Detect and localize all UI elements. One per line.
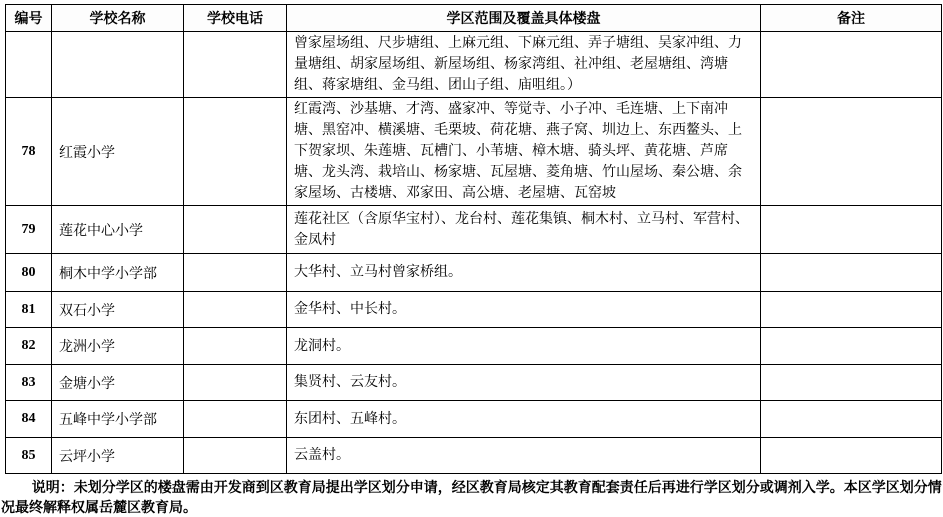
remarks-cell bbox=[761, 438, 942, 474]
table-row: 83 金塘小学 集贤村、云友村。 bbox=[6, 365, 942, 401]
row-number bbox=[6, 32, 52, 98]
district-range-cell: 大华村、立马村曾家桥组。 bbox=[287, 254, 761, 292]
remarks-cell bbox=[761, 254, 942, 292]
school-district-table: 编号 学校名称 学校电话 学区范围及覆盖具体楼盘 备注 曾家屋场组、尺步塘组、上… bbox=[5, 4, 942, 474]
school-phone-cell bbox=[184, 365, 287, 401]
school-phone-cell bbox=[184, 254, 287, 292]
remarks-cell bbox=[761, 328, 942, 365]
table-row: 81 双石小学 金华村、中长村。 bbox=[6, 292, 942, 328]
school-phone-cell bbox=[184, 32, 287, 98]
school-district-table-container: 编号 学校名称 学校电话 学区范围及覆盖具体楼盘 备注 曾家屋场组、尺步塘组、上… bbox=[5, 4, 942, 474]
header-remarks: 备注 bbox=[761, 5, 942, 32]
district-range-cell: 东团村、五峰村。 bbox=[287, 401, 761, 438]
school-phone-cell bbox=[184, 328, 287, 365]
table-row: 82 龙洲小学 龙洞村。 bbox=[6, 328, 942, 365]
district-range-cell: 龙洞村。 bbox=[287, 328, 761, 365]
table-body: 曾家屋场组、尺步塘组、上麻元组、下麻元组、弄子塘组、吴家冲组、力量塘组、胡家屋场… bbox=[6, 32, 942, 474]
table-row: 85 云坪小学 云盖村。 bbox=[6, 438, 942, 474]
remarks-cell bbox=[761, 401, 942, 438]
table-header-row: 编号 学校名称 学校电话 学区范围及覆盖具体楼盘 备注 bbox=[6, 5, 942, 32]
table-row: 78 红霞小学 红霞湾、沙基塘、才湾、盛家冲、等觉寺、小子冲、毛连塘、上下南冲塘… bbox=[6, 98, 942, 206]
footnote-text: 说明：未划分学区的楼盘需由开发商到区教育局提出学区划分申请，经区教育局核定其教育… bbox=[1, 479, 942, 517]
remarks-cell bbox=[761, 98, 942, 206]
row-number: 80 bbox=[6, 254, 52, 292]
district-range-cell: 云盖村。 bbox=[287, 438, 761, 474]
header-school-name: 学校名称 bbox=[52, 5, 184, 32]
row-number: 84 bbox=[6, 401, 52, 438]
school-phone-cell bbox=[184, 438, 287, 474]
school-phone-cell bbox=[184, 206, 287, 254]
school-name-cell bbox=[52, 32, 184, 98]
school-name-cell: 云坪小学 bbox=[52, 438, 184, 474]
header-school-phone: 学校电话 bbox=[184, 5, 287, 32]
school-phone-cell bbox=[184, 401, 287, 438]
district-range-cell: 莲花社区（含原华宝村）、龙台村、莲花集镇、桐木村、立马村、军营村、金凤村 bbox=[287, 206, 761, 254]
school-name-cell: 莲花中心小学 bbox=[52, 206, 184, 254]
district-range-cell: 曾家屋场组、尺步塘组、上麻元组、下麻元组、弄子塘组、吴家冲组、力量塘组、胡家屋场… bbox=[287, 32, 761, 98]
row-number: 85 bbox=[6, 438, 52, 474]
remarks-cell bbox=[761, 292, 942, 328]
district-range-cell: 红霞湾、沙基塘、才湾、盛家冲、等觉寺、小子冲、毛连塘、上下南冲塘、黑窑冲、横溪塘… bbox=[287, 98, 761, 206]
table-row: 84 五峰中学小学部 东团村、五峰村。 bbox=[6, 401, 942, 438]
school-phone-cell bbox=[184, 292, 287, 328]
row-number: 81 bbox=[6, 292, 52, 328]
row-number: 78 bbox=[6, 98, 52, 206]
district-range-cell: 集贤村、云友村。 bbox=[287, 365, 761, 401]
table-row: 79 莲花中心小学 莲花社区（含原华宝村）、龙台村、莲花集镇、桐木村、立马村、军… bbox=[6, 206, 942, 254]
remarks-cell bbox=[761, 206, 942, 254]
school-phone-cell bbox=[184, 98, 287, 206]
row-number: 79 bbox=[6, 206, 52, 254]
header-number: 编号 bbox=[6, 5, 52, 32]
school-name-cell: 金塘小学 bbox=[52, 365, 184, 401]
table-row: 曾家屋场组、尺步塘组、上麻元组、下麻元组、弄子塘组、吴家冲组、力量塘组、胡家屋场… bbox=[6, 32, 942, 98]
school-name-cell: 龙洲小学 bbox=[52, 328, 184, 365]
school-name-cell: 桐木中学小学部 bbox=[52, 254, 184, 292]
row-number: 82 bbox=[6, 328, 52, 365]
school-name-cell: 五峰中学小学部 bbox=[52, 401, 184, 438]
school-name-cell: 红霞小学 bbox=[52, 98, 184, 206]
remarks-cell bbox=[761, 365, 942, 401]
district-range-cell: 金华村、中长村。 bbox=[287, 292, 761, 328]
header-district-range: 学区范围及覆盖具体楼盘 bbox=[287, 5, 761, 32]
table-row: 80 桐木中学小学部 大华村、立马村曾家桥组。 bbox=[6, 254, 942, 292]
row-number: 83 bbox=[6, 365, 52, 401]
remarks-cell bbox=[761, 32, 942, 98]
school-name-cell: 双石小学 bbox=[52, 292, 184, 328]
